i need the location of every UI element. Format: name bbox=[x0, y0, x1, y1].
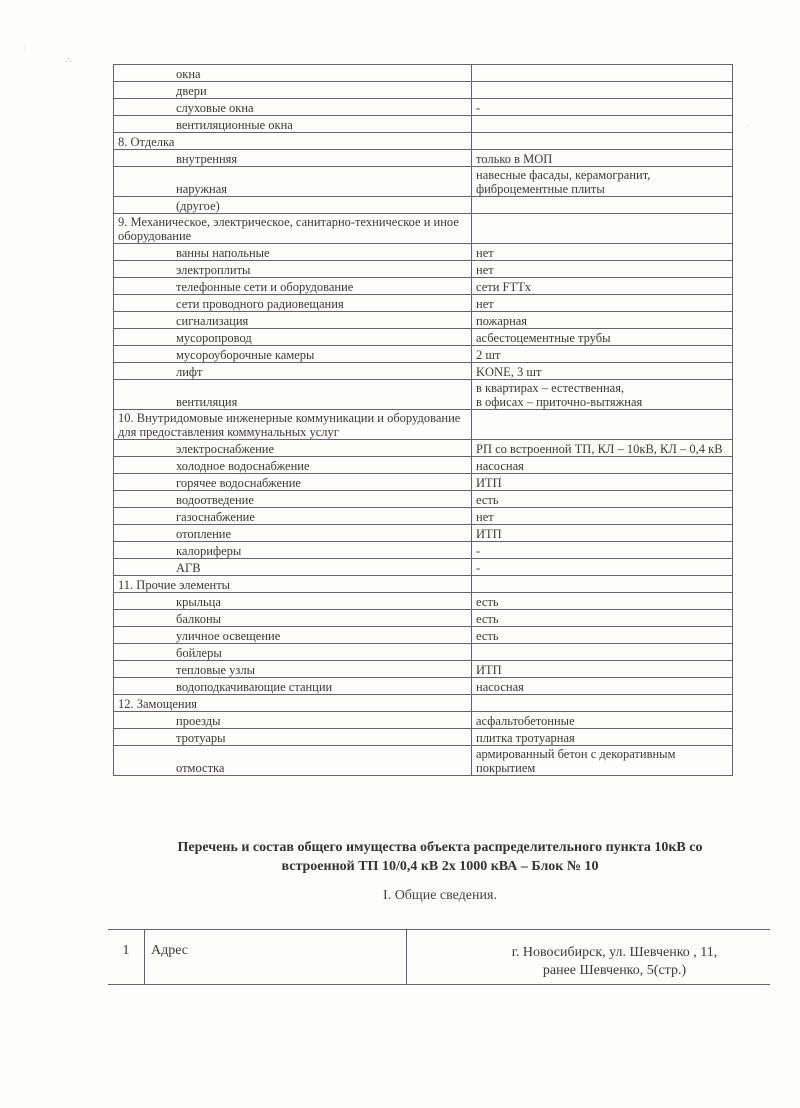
table-row: наружнаянавесные фасады, керамогранит, ф… bbox=[114, 167, 733, 197]
element-value: навесные фасады, керамогранит, фиброцеме… bbox=[472, 167, 733, 197]
element-value: ИТП bbox=[472, 661, 733, 678]
table-row: бойлеры bbox=[114, 644, 733, 661]
table-row: мусороуборочные камеры2 шт bbox=[114, 346, 733, 363]
element-value bbox=[472, 82, 733, 99]
element-value bbox=[472, 116, 733, 133]
table-row: проездыасфальтобетонные bbox=[114, 712, 733, 729]
element-value bbox=[472, 133, 733, 150]
element-label: вентиляция bbox=[114, 380, 472, 410]
element-value bbox=[472, 197, 733, 214]
element-value: асфальтобетонные bbox=[472, 712, 733, 729]
element-value: - bbox=[472, 99, 733, 116]
title-line-1: Перечень и состав общего имущества объек… bbox=[100, 838, 780, 857]
table-row: тротуарыплитка тротуарная bbox=[114, 729, 733, 746]
table-row: водоотведениеесть bbox=[114, 491, 733, 508]
element-label: горячее водоснабжение bbox=[114, 474, 472, 491]
section-row: 11. Прочие элементы bbox=[114, 576, 733, 593]
element-label: газоснабжение bbox=[114, 508, 472, 525]
section-label: 9. Механическое, электрическое, санитарн… bbox=[114, 214, 472, 244]
section-row: 12. Замощения bbox=[114, 695, 733, 712]
section-heading: I. Общие сведения. bbox=[100, 888, 780, 904]
element-label: мусороуборочные камеры bbox=[114, 346, 472, 363]
element-label: балконы bbox=[114, 610, 472, 627]
table-row: электроплитынет bbox=[114, 261, 733, 278]
element-value: в квартирах – естественная, в офисах – п… bbox=[472, 380, 733, 410]
field-label: Адрес bbox=[145, 930, 407, 985]
table-row: уличное освещениеесть bbox=[114, 627, 733, 644]
element-value bbox=[472, 410, 733, 440]
section-row: 8. Отделка bbox=[114, 133, 733, 150]
property-elements-table: окнадверислуховые окна-вентиляционные ок… bbox=[113, 64, 733, 776]
element-label: отмостка bbox=[114, 746, 472, 776]
element-value bbox=[472, 65, 733, 82]
scan-speck: · bbox=[24, 44, 27, 53]
table-row: ванны напольныенет bbox=[114, 244, 733, 261]
table-row: сети проводного радиовещаниянет bbox=[114, 295, 733, 312]
general-info-table: 1 Адрес г. Новосибирск, ул. Шевченко , 1… bbox=[108, 929, 770, 985]
section-label: 10. Внутридомовые инженерные коммуникаци… bbox=[114, 410, 472, 440]
section-label: 11. Прочие элементы bbox=[114, 576, 472, 593]
element-label: водоотведение bbox=[114, 491, 472, 508]
scan-speck: · bbox=[746, 122, 749, 131]
section-label: 8. Отделка bbox=[114, 133, 472, 150]
table-row: мусоропроводасбестоцементные трубы bbox=[114, 329, 733, 346]
table-row: окна bbox=[114, 65, 733, 82]
table-row: слуховые окна- bbox=[114, 99, 733, 116]
table-row: вентиляцияв квартирах – естественная, в … bbox=[114, 380, 733, 410]
element-value: только в МОП bbox=[472, 150, 733, 167]
table-row: отоплениеИТП bbox=[114, 525, 733, 542]
element-label: телефонные сети и оборудование bbox=[114, 278, 472, 295]
element-value bbox=[472, 644, 733, 661]
element-value: - bbox=[472, 559, 733, 576]
section-row: 10. Внутридомовые инженерные коммуникаци… bbox=[114, 410, 733, 440]
element-value: ИТП bbox=[472, 525, 733, 542]
element-label: наружная bbox=[114, 167, 472, 197]
element-label: уличное освещение bbox=[114, 627, 472, 644]
element-value: есть bbox=[472, 627, 733, 644]
scan-speck: ∴ bbox=[66, 56, 71, 65]
element-value: асбестоцементные трубы bbox=[472, 329, 733, 346]
element-value bbox=[472, 576, 733, 593]
element-label: тротуары bbox=[114, 729, 472, 746]
element-label: сигнализация bbox=[114, 312, 472, 329]
element-label: окна bbox=[114, 65, 472, 82]
table-row: вентиляционные окна bbox=[114, 116, 733, 133]
element-label: лифт bbox=[114, 363, 472, 380]
element-label: электроснабжение bbox=[114, 440, 472, 457]
element-value: есть bbox=[472, 593, 733, 610]
element-label: отопление bbox=[114, 525, 472, 542]
element-value: пожарная bbox=[472, 312, 733, 329]
table-row: АГВ- bbox=[114, 559, 733, 576]
table-row: холодное водоснабжениенасосная bbox=[114, 457, 733, 474]
element-label: внутренняя bbox=[114, 150, 472, 167]
document-title: Перечень и состав общего имущества объек… bbox=[100, 838, 780, 876]
element-label: ванны напольные bbox=[114, 244, 472, 261]
element-label: калориферы bbox=[114, 542, 472, 559]
element-label: электроплиты bbox=[114, 261, 472, 278]
element-value: нет bbox=[472, 295, 733, 312]
element-value: армированный бетон с декоративным покрыт… bbox=[472, 746, 733, 776]
table-row: сигнализацияпожарная bbox=[114, 312, 733, 329]
element-label: холодное водоснабжение bbox=[114, 457, 472, 474]
element-value: РП со встроенной ТП, КЛ – 10кВ, КЛ – 0,4… bbox=[472, 440, 733, 457]
table-row: внутренняятолько в МОП bbox=[114, 150, 733, 167]
element-label: вентиляционные окна bbox=[114, 116, 472, 133]
address-value: г. Новосибирск, ул. Шевченко , 11, ранее… bbox=[407, 930, 771, 985]
element-value: плитка тротуарная bbox=[472, 729, 733, 746]
table-row: телефонные сети и оборудованиесети FTTx bbox=[114, 278, 733, 295]
table-row: калориферы- bbox=[114, 542, 733, 559]
element-value bbox=[472, 695, 733, 712]
element-value: есть bbox=[472, 491, 733, 508]
element-value: насосная bbox=[472, 457, 733, 474]
element-label: слуховые окна bbox=[114, 99, 472, 116]
table-row: лифтKONE, 3 шт bbox=[114, 363, 733, 380]
element-label: проезды bbox=[114, 712, 472, 729]
element-label: двери bbox=[114, 82, 472, 99]
element-value: ИТП bbox=[472, 474, 733, 491]
element-value: KONE, 3 шт bbox=[472, 363, 733, 380]
element-label: тепловые узлы bbox=[114, 661, 472, 678]
table-row: (другое) bbox=[114, 197, 733, 214]
element-value: сети FTTx bbox=[472, 278, 733, 295]
table-row: отмосткаармированный бетон с декоративны… bbox=[114, 746, 733, 776]
element-label: бойлеры bbox=[114, 644, 472, 661]
table-row: газоснабжениенет bbox=[114, 508, 733, 525]
table-row: горячее водоснабжениеИТП bbox=[114, 474, 733, 491]
element-value: нет bbox=[472, 261, 733, 278]
element-value: 2 шт bbox=[472, 346, 733, 363]
element-label: мусоропровод bbox=[114, 329, 472, 346]
element-value: есть bbox=[472, 610, 733, 627]
table-row: 1 Адрес г. Новосибирск, ул. Шевченко , 1… bbox=[108, 930, 770, 985]
element-label: сети проводного радиовещания bbox=[114, 295, 472, 312]
element-value: насосная bbox=[472, 678, 733, 695]
element-label: АГВ bbox=[114, 559, 472, 576]
title-line-2: встроенной ТП 10/0,4 кВ 2х 1000 кВА – Бл… bbox=[100, 857, 780, 876]
element-value: нет bbox=[472, 508, 733, 525]
row-number: 1 bbox=[108, 930, 145, 985]
element-label: (другое) bbox=[114, 197, 472, 214]
element-label: крыльца bbox=[114, 593, 472, 610]
address-line-1: г. Новосибирск, ул. Шевченко , 11, bbox=[407, 944, 752, 962]
address-line-2: ранее Шевченко, 5(стр.) bbox=[407, 962, 752, 980]
section-row: 9. Механическое, электрическое, санитарн… bbox=[114, 214, 733, 244]
section-label: 12. Замощения bbox=[114, 695, 472, 712]
table-row: водоподкачивающие станциинасосная bbox=[114, 678, 733, 695]
element-label: водоподкачивающие станции bbox=[114, 678, 472, 695]
element-value bbox=[472, 214, 733, 244]
element-value: нет bbox=[472, 244, 733, 261]
table-row: балконыесть bbox=[114, 610, 733, 627]
table-row: крыльцаесть bbox=[114, 593, 733, 610]
table-row: двери bbox=[114, 82, 733, 99]
element-value: - bbox=[472, 542, 733, 559]
table-row: электроснабжениеРП со встроенной ТП, КЛ … bbox=[114, 440, 733, 457]
table-row: тепловые узлыИТП bbox=[114, 661, 733, 678]
